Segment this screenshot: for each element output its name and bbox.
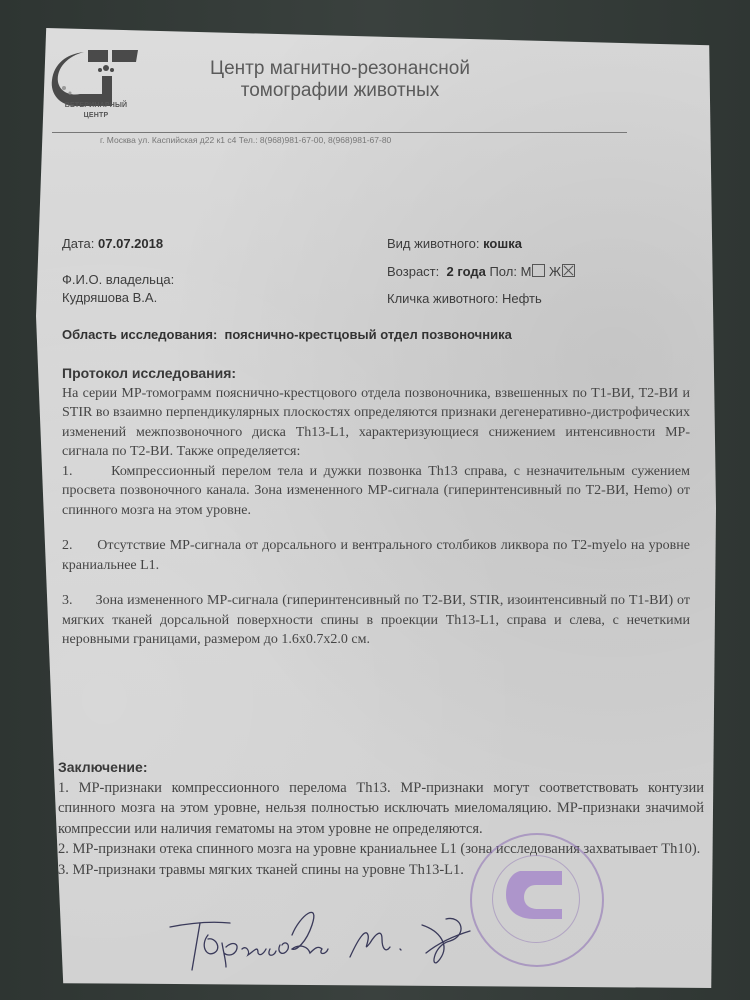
clinic-stamp	[470, 833, 604, 967]
logo-caption: ВЕТЕРИНАРНЫЙ ЦЕНТР	[46, 101, 146, 121]
sex-female-checkbox	[562, 264, 575, 277]
pet-name-field: Кличка животного: Нефть	[387, 291, 542, 306]
date-field: Дата: 07.07.2018	[62, 236, 163, 251]
conclusion-section: Заключение: 1. МР-признаки компрессионно…	[58, 757, 704, 880]
conclusion-heading: Заключение:	[58, 757, 704, 778]
header-divider	[52, 132, 627, 133]
conclusion-item: 2. МР-признаки отека спинного мозга на у…	[58, 839, 704, 860]
age-sex-field: Возраст: 2 года Пол: М Ж	[387, 264, 575, 279]
signature-icon	[150, 905, 480, 975]
conclusion-item: 3. МР-признаки травмы мягких тканей спин…	[58, 860, 704, 881]
species-field: Вид животного: кошка	[387, 236, 522, 251]
protocol-item: 2. Отсутствие МР-сигнала от дорсального …	[62, 536, 690, 575]
stamp-logo-icon	[500, 867, 570, 922]
owner-field: Ф.И.О. владельца: Кудряшова В.А.	[62, 271, 174, 307]
clinic-logo-icon	[50, 48, 140, 143]
clinic-address: г. Москва ул. Каспийская д22 к1 с4 Тел.:…	[100, 135, 391, 145]
protocol-heading: Протокол исследования:	[62, 364, 690, 384]
protocol-item: 3. Зона измененного МР-сигнала (гиперинт…	[62, 591, 690, 650]
clinic-title: Центр магнитно-резонансной томографии жи…	[160, 58, 520, 102]
sex-male-checkbox	[532, 264, 545, 277]
protocol-item: 1. Компрессионный перелом тела и дужки п…	[62, 462, 690, 521]
study-area: Область исследования: пояснично-крестцов…	[62, 327, 512, 342]
protocol-intro: На серии МР-томограмм пояснично-крестцов…	[62, 384, 690, 462]
conclusion-item: 1. МР-признаки компрессионного перелома …	[58, 778, 704, 840]
protocol-section: Протокол исследования: На серии МР-томог…	[62, 364, 690, 650]
